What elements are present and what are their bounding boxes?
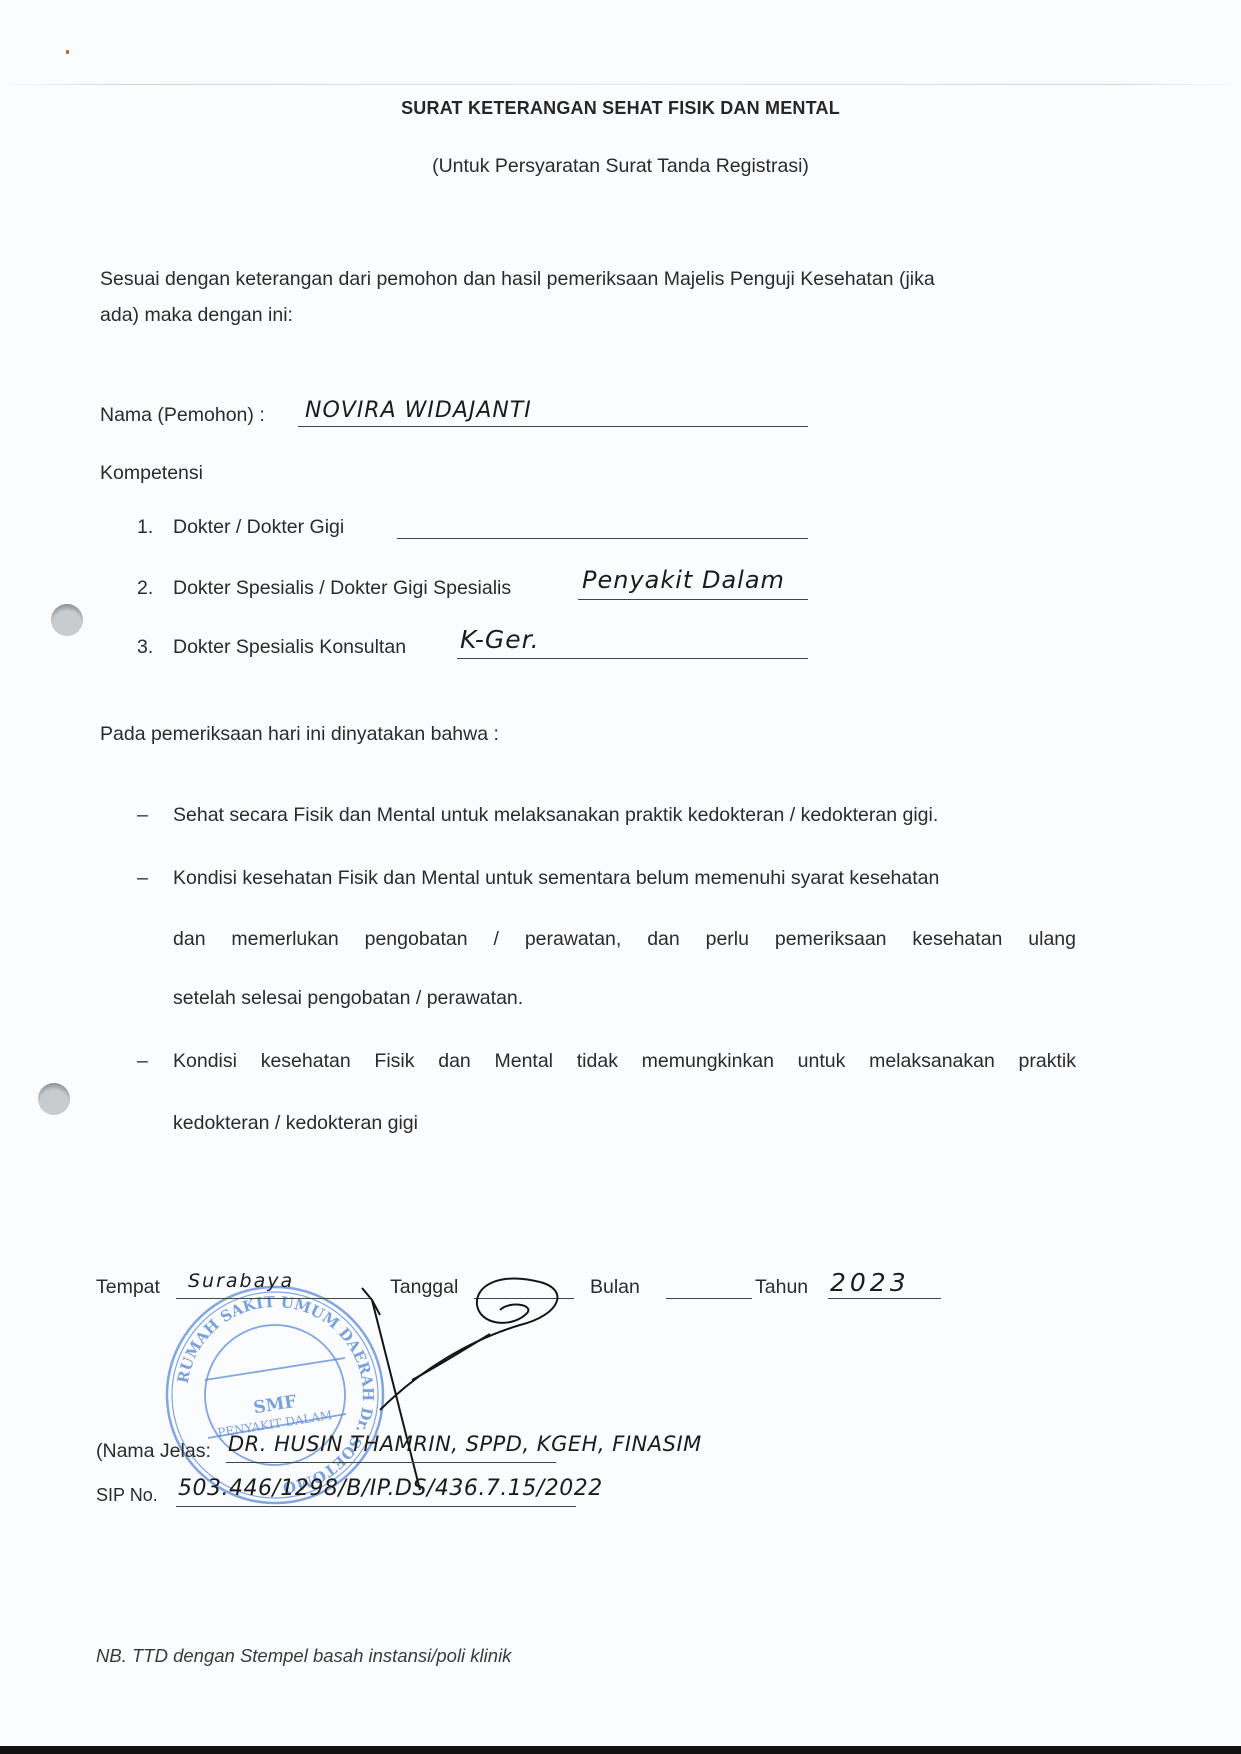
punch-hole-top bbox=[51, 604, 83, 636]
speck bbox=[66, 50, 69, 54]
dash-icon: – bbox=[137, 1050, 148, 1073]
scan-bottom-edge bbox=[0, 1746, 1241, 1754]
applicant-label: Nama (Pemohon) : bbox=[100, 404, 265, 427]
document-subtitle: (Untuk Persyaratan Surat Tanda Registras… bbox=[0, 155, 1241, 178]
item-field[interactable] bbox=[397, 512, 808, 539]
item-number: 2. bbox=[137, 577, 153, 600]
punch-hole-bottom bbox=[38, 1083, 70, 1115]
item-label: Dokter Spesialis / Dokter Gigi Spesialis bbox=[173, 577, 511, 600]
statement-line: Sehat secara Fisik dan Mental untuk mela… bbox=[173, 804, 938, 827]
applicant-value: NOVIRA WIDAJANTI bbox=[305, 398, 532, 423]
statement-line: kedokteran / kedokteran gigi bbox=[173, 1112, 418, 1135]
place-value: Surabaya bbox=[188, 1270, 294, 1292]
item-label: Dokter / Dokter Gigi bbox=[173, 516, 344, 539]
dash-icon: – bbox=[137, 867, 148, 890]
sip-value: 503.446/1298/B/IP.DS/436.7.15/2022 bbox=[178, 1476, 603, 1501]
doctor-name-value: DR. HUSIN THAMRIN, SPPD, KGEH, FINASIM bbox=[228, 1432, 702, 1456]
year-label: Tahun bbox=[755, 1276, 808, 1299]
signature bbox=[350, 1270, 650, 1510]
footnote: NB. TTD dengan Stempel basah instansi/po… bbox=[96, 1645, 511, 1667]
statement-intro: Pada pemeriksaan hari ini dinyatakan bah… bbox=[100, 723, 499, 746]
competency-label: Kompetensi bbox=[100, 462, 203, 485]
doctor-name-label: (Nama Jelas: bbox=[96, 1440, 211, 1463]
item-number: 3. bbox=[137, 636, 153, 659]
document-title: SURAT KETERANGAN SEHAT FISIK DAN MENTAL bbox=[0, 98, 1241, 119]
intro-line-1: Sesuai dengan keterangan dari pemohon da… bbox=[100, 268, 935, 291]
item-value: Penyakit Dalam bbox=[582, 566, 785, 594]
intro-line-2: ada) maka dengan ini: bbox=[100, 304, 293, 327]
month-field[interactable] bbox=[666, 1272, 752, 1299]
statement-line: setelah selesai pengobatan / perawatan. bbox=[173, 987, 523, 1010]
item-number: 1. bbox=[137, 516, 153, 539]
sip-label: SIP No. bbox=[96, 1485, 158, 1506]
year-value: 2023 bbox=[830, 1268, 910, 1297]
statement-line: Kondisi kesehatan Fisik dan Mental tidak… bbox=[173, 1050, 1076, 1073]
item-value: K-Ger. bbox=[460, 625, 540, 654]
dash-icon: – bbox=[137, 804, 148, 827]
item-label: Dokter Spesialis Konsultan bbox=[173, 636, 406, 659]
statement-line: dan memerlukan pengobatan / perawatan, d… bbox=[173, 928, 1076, 951]
scan-top-edge bbox=[0, 84, 1241, 85]
statement-line: Kondisi kesehatan Fisik dan Mental untuk… bbox=[173, 867, 939, 890]
place-label: Tempat bbox=[96, 1276, 160, 1299]
